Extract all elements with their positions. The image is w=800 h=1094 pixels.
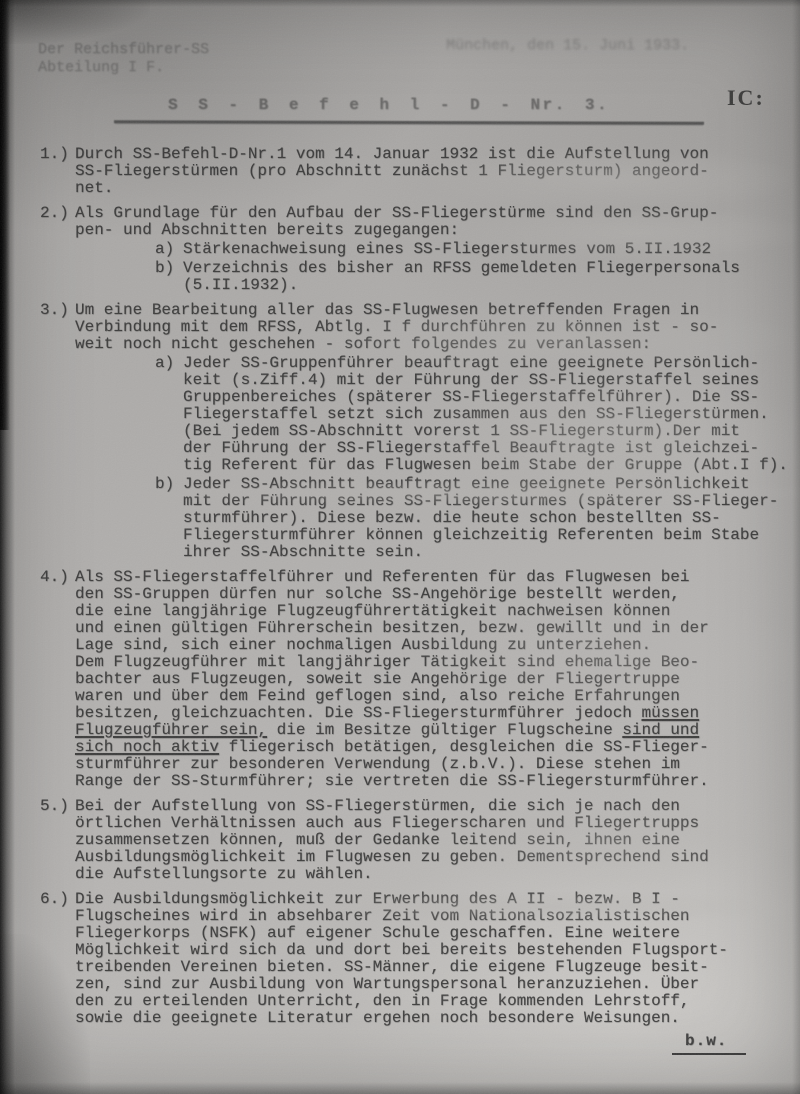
paragraph-number: 5.): [40, 798, 75, 883]
paragraph-text: Bei der Aufstellung von SS-Fliegerstürme…: [75, 798, 709, 883]
paragraph-number: b): [155, 476, 183, 561]
paragraph-text: Jeder SS-Abschnitt beauftragt eine geeig…: [183, 476, 778, 561]
document-body: 1.)Durch SS-Befehl-D-Nr.1 vom 14. Januar…: [40, 146, 780, 1027]
paragraph-number: 4.): [40, 569, 75, 790]
paragraph-number: b): [155, 260, 183, 294]
footer-underline: [672, 1053, 746, 1055]
paragraph-number: 2.): [40, 205, 75, 239]
paragraph-number: a): [155, 355, 183, 474]
footer-mark: b.w.: [685, 1032, 727, 1050]
paragraph-number: 1.): [40, 146, 75, 197]
title-underline: [114, 120, 704, 125]
paragraph-6: 6.)Die Ausbildungsmöglichkeit zur Erwerb…: [40, 891, 780, 1027]
photo-edge-right: [792, 0, 800, 1094]
paragraph-text: Durch SS-Befehl-D-Nr.1 vom 14. Januar 19…: [75, 146, 709, 197]
paragraph-text: Jeder SS-Gruppenführer beauftragt eine g…: [183, 355, 788, 474]
subparagraph-a: a)Jeder SS-Gruppenführer beauftragt eine…: [155, 355, 780, 474]
dateline: München, den 15. Juni 1933.: [446, 37, 689, 54]
paragraph-1: 1.)Durch SS-Befehl-D-Nr.1 vom 14. Januar…: [40, 146, 780, 197]
paragraph-4: 4.)Als SS-Fliegerstaffelführer und Refer…: [40, 569, 780, 790]
paragraph-2: 2.)Als Grundlage für den Aufbau der SS-F…: [40, 205, 780, 239]
photo-corner-bottom-left: [0, 934, 90, 1094]
paragraph-text: Verzeichnis des bisher an RFSS gemeldete…: [183, 260, 740, 294]
subparagraph-b: b)Verzeichnis des bisher an RFSS gemelde…: [155, 260, 780, 294]
photo-edge-bottom: [0, 1082, 800, 1094]
paragraph-3: 3.)Um eine Bearbeitung aller das SS-Flug…: [40, 302, 780, 353]
document-title: S S - B e f e h l - D - Nr. 3.: [168, 96, 609, 114]
photo-edge-left-top: [0, 0, 10, 430]
subparagraph-b: b)Jeder SS-Abschnitt beauftragt eine gee…: [155, 476, 780, 561]
paragraph-number: 3.): [40, 302, 75, 353]
paragraph-number: a): [155, 241, 183, 258]
document-photo: Der Reichsführer-SSAbteilung I F. Münche…: [0, 0, 800, 1094]
paragraph-text: Als Grundlage für den Aufbau der SS-Flie…: [75, 205, 718, 239]
photo-edge-top: [0, 0, 800, 7]
paragraph-5: 5.)Bei der Aufstellung von SS-Fliegerstü…: [40, 798, 780, 883]
letterhead: Der Reichsführer-SSAbteilung I F.: [38, 41, 209, 77]
paragraph-text: Um eine Bearbeitung aller das SS-Flugwes…: [75, 302, 718, 353]
paragraph-text: Als SS-Fliegerstaffelführer und Referent…: [75, 569, 709, 790]
paragraph-text: Die Ausbildungsmöglichkeit zur Erwerbung…: [75, 891, 728, 1027]
page-stamp: IC:: [727, 85, 765, 111]
subparagraph-a: a)Stärkenachweisung eines SS-Fliegerstur…: [155, 241, 780, 258]
letterhead-department: Abteilung I F.: [38, 59, 164, 76]
paragraph-text: Stärkenachweisung eines SS-Fliegersturme…: [183, 241, 711, 258]
